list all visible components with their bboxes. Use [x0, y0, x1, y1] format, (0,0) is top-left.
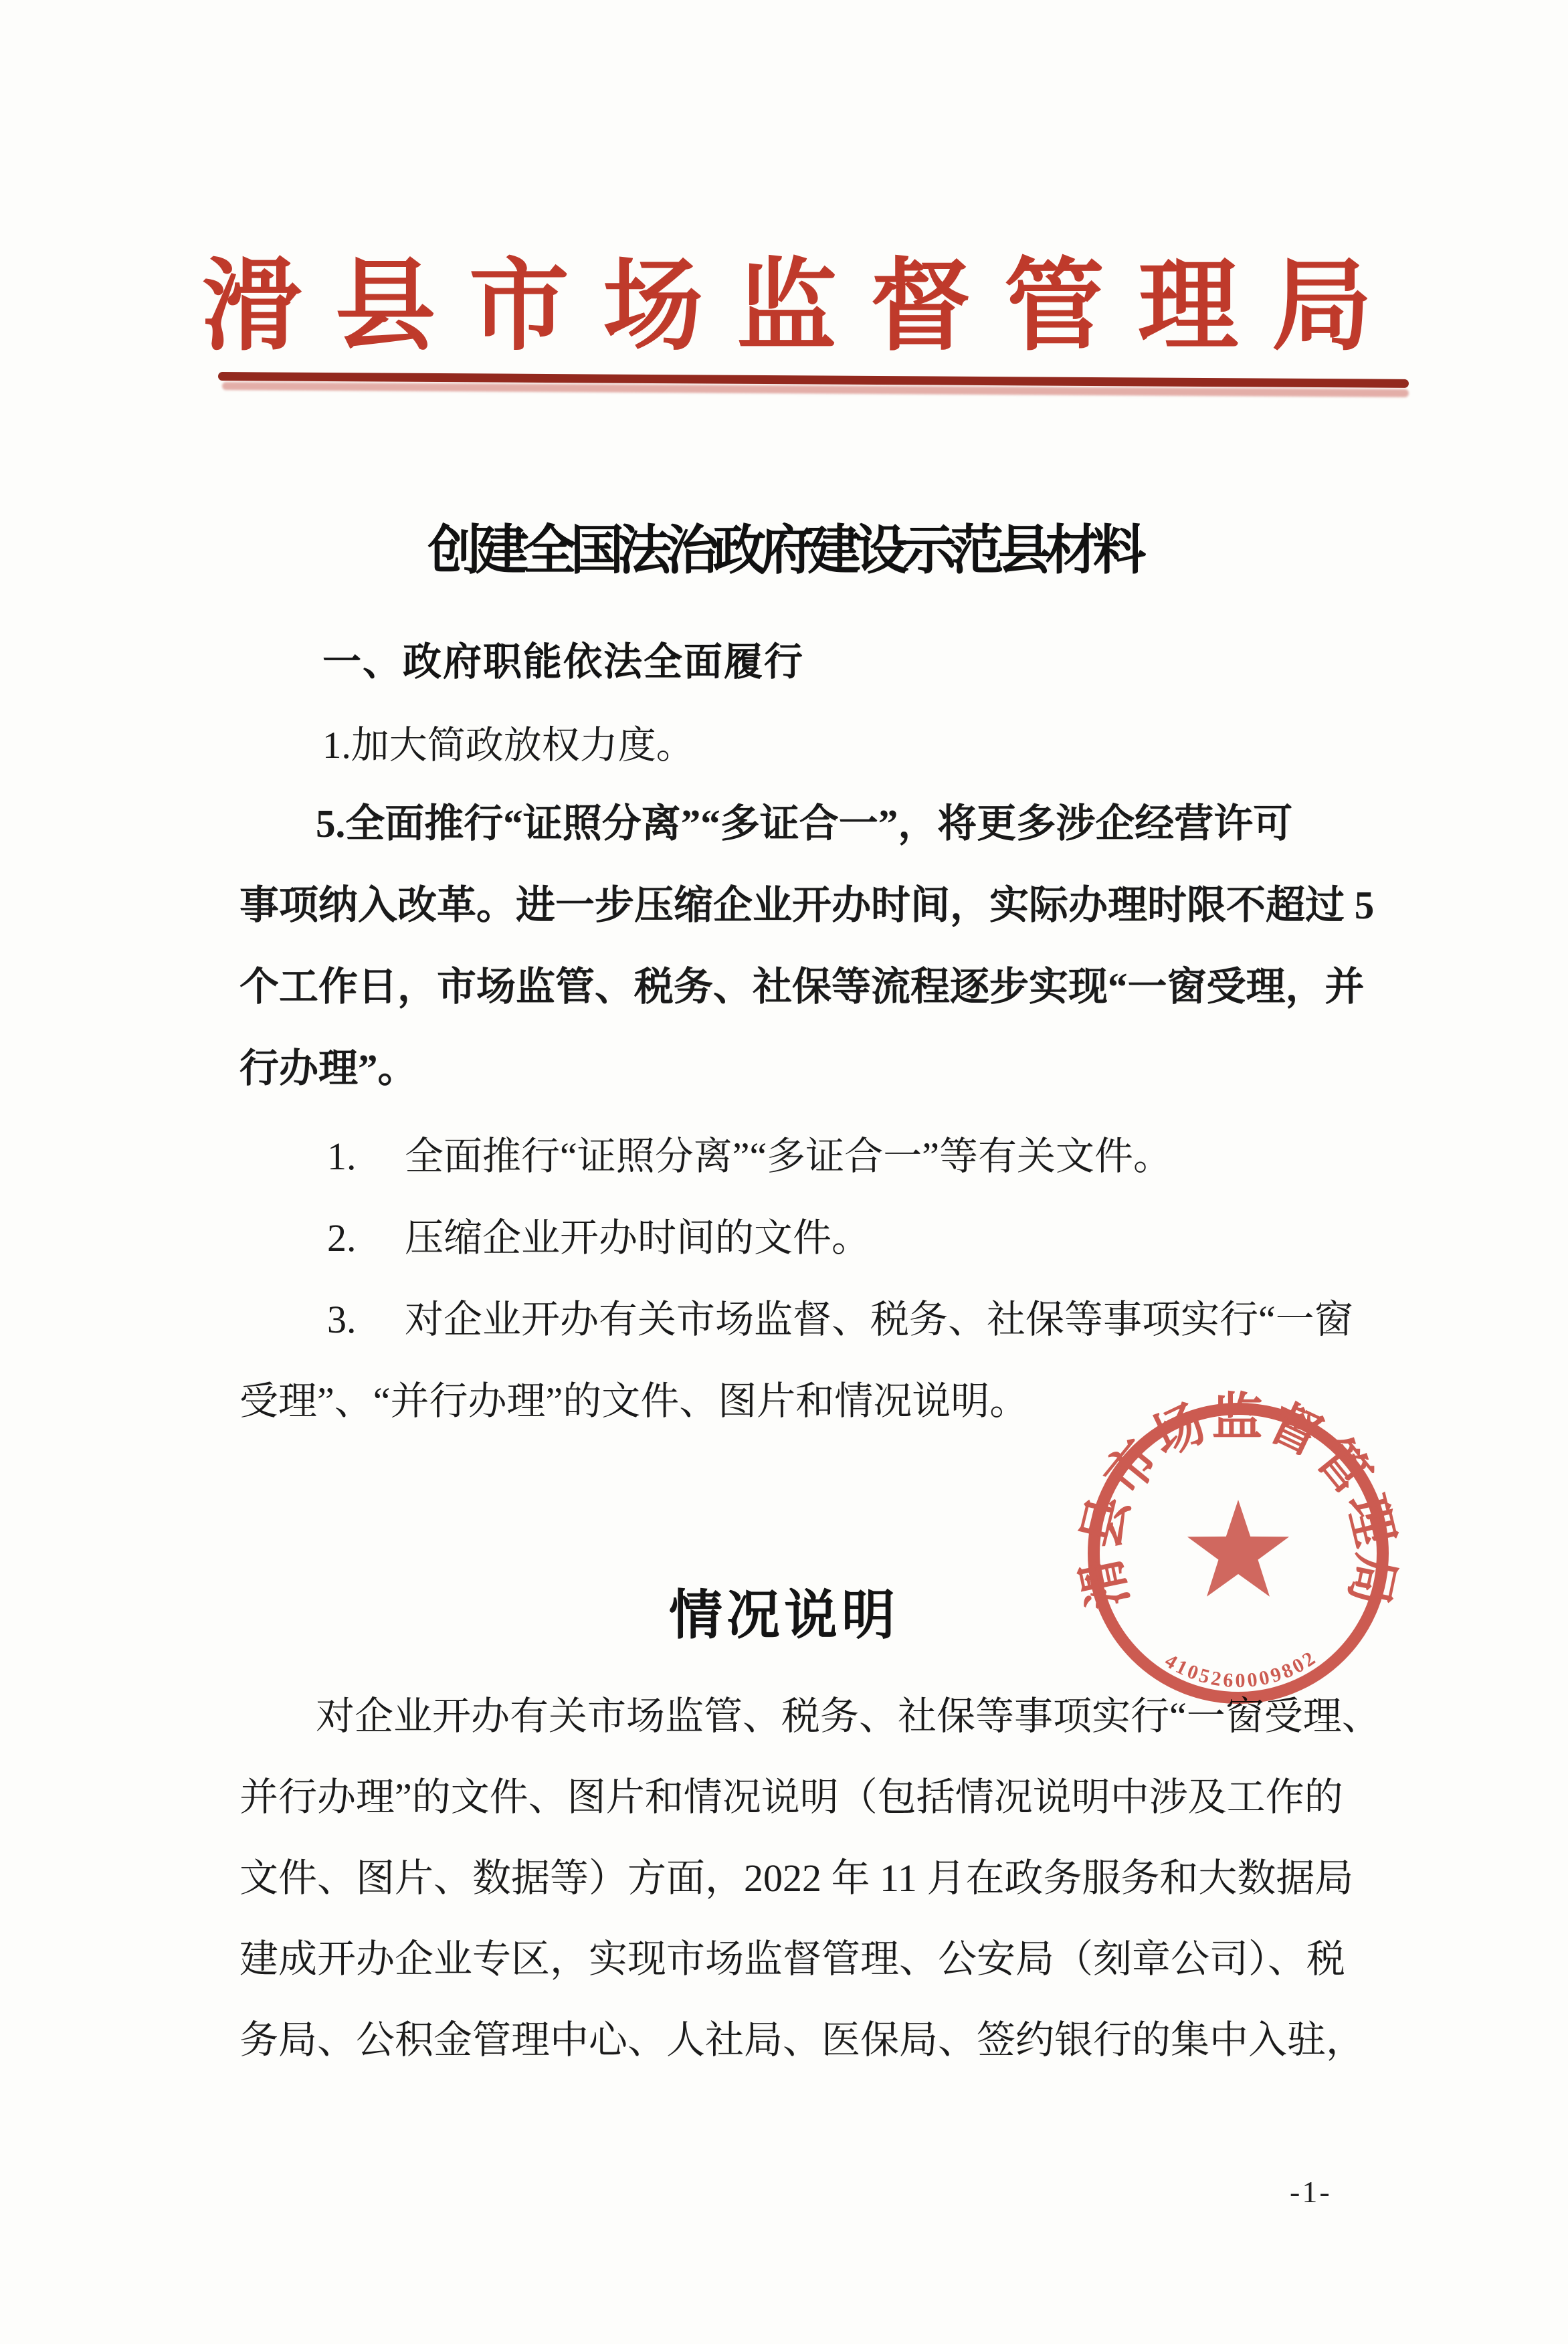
list-item-number: 2.	[327, 1197, 405, 1279]
letterhead-agency-name: 滑县市场监督管理局	[0, 225, 1568, 369]
list-item-number: 3.	[327, 1279, 405, 1361]
paragraph-point-5: 5.全面推行“证照分离”“多证合一”，将更多涉企经营许可 事项纳入改革。进一步压…	[239, 783, 1418, 1109]
text-line: 5.全面推行“证照分离”“多证合一”，将更多涉企经营许可	[239, 783, 1418, 864]
paragraph-point-1: 1.加大简政放权力度。	[322, 714, 694, 769]
list-item-text: 对企业开办有关市场监督、税务、社保等事项实行“一窗	[405, 1298, 1353, 1341]
statement-paragraph: 对企业开办有关市场监管、税务、社保等事项实行“一窗受理、 并行办理”的文件、图片…	[239, 1676, 1418, 2080]
text-line: 个工作日，市场监管、税务、社保等流程逐步实现“一窗受理，并	[239, 946, 1418, 1028]
section-heading: 一、政府职能依法全面履行	[322, 630, 804, 686]
document-page: 滑县市场监督管理局 创建全国法治政府建设示范县材料 一、政府职能依法全面履行 1…	[0, 0, 1568, 2344]
text-line: 建成开办企业专区，实现市场监督管理、公安局（刻章公司）、税	[239, 1919, 1418, 1999]
text-line: 务局、公积金管理中心、人社局、医保局、签约银行的集中入驻，	[239, 1999, 1418, 2080]
list-item: 2.压缩企业开办时间的文件。	[239, 1197, 1418, 1279]
list-item: 1.全面推行“证照分离”“多证合一”等有关文件。	[239, 1116, 1418, 1197]
text-line: 行办理”。	[239, 1028, 1418, 1109]
official-seal-stamp: 滑县市场监督管理局 4105260009802	[1071, 1386, 1405, 1721]
list-item-text: 压缩企业开办时间的文件。	[405, 1216, 870, 1260]
list-item: 3.对企业开办有关市场监督、税务、社保等事项实行“一窗	[239, 1279, 1418, 1361]
list-item-text: 全面推行“证照分离”“多证合一”等有关文件。	[405, 1135, 1172, 1178]
document-title: 创建全国法治政府建设示范县材料	[0, 507, 1568, 584]
list-item-number: 1.	[327, 1116, 405, 1197]
page-number: -1-	[1290, 2174, 1332, 2210]
text-line: 文件、图片、数据等）方面，2022 年 11 月在政务服务和大数据局	[239, 1838, 1418, 1919]
text-line: 并行办理”的文件、图片和情况说明（包括情况说明中涉及工作的	[239, 1757, 1418, 1838]
text-line: 事项纳入改革。进一步压缩企业开办时间，实际办理时限不超过 5	[239, 864, 1418, 946]
star-icon	[1187, 1500, 1289, 1597]
